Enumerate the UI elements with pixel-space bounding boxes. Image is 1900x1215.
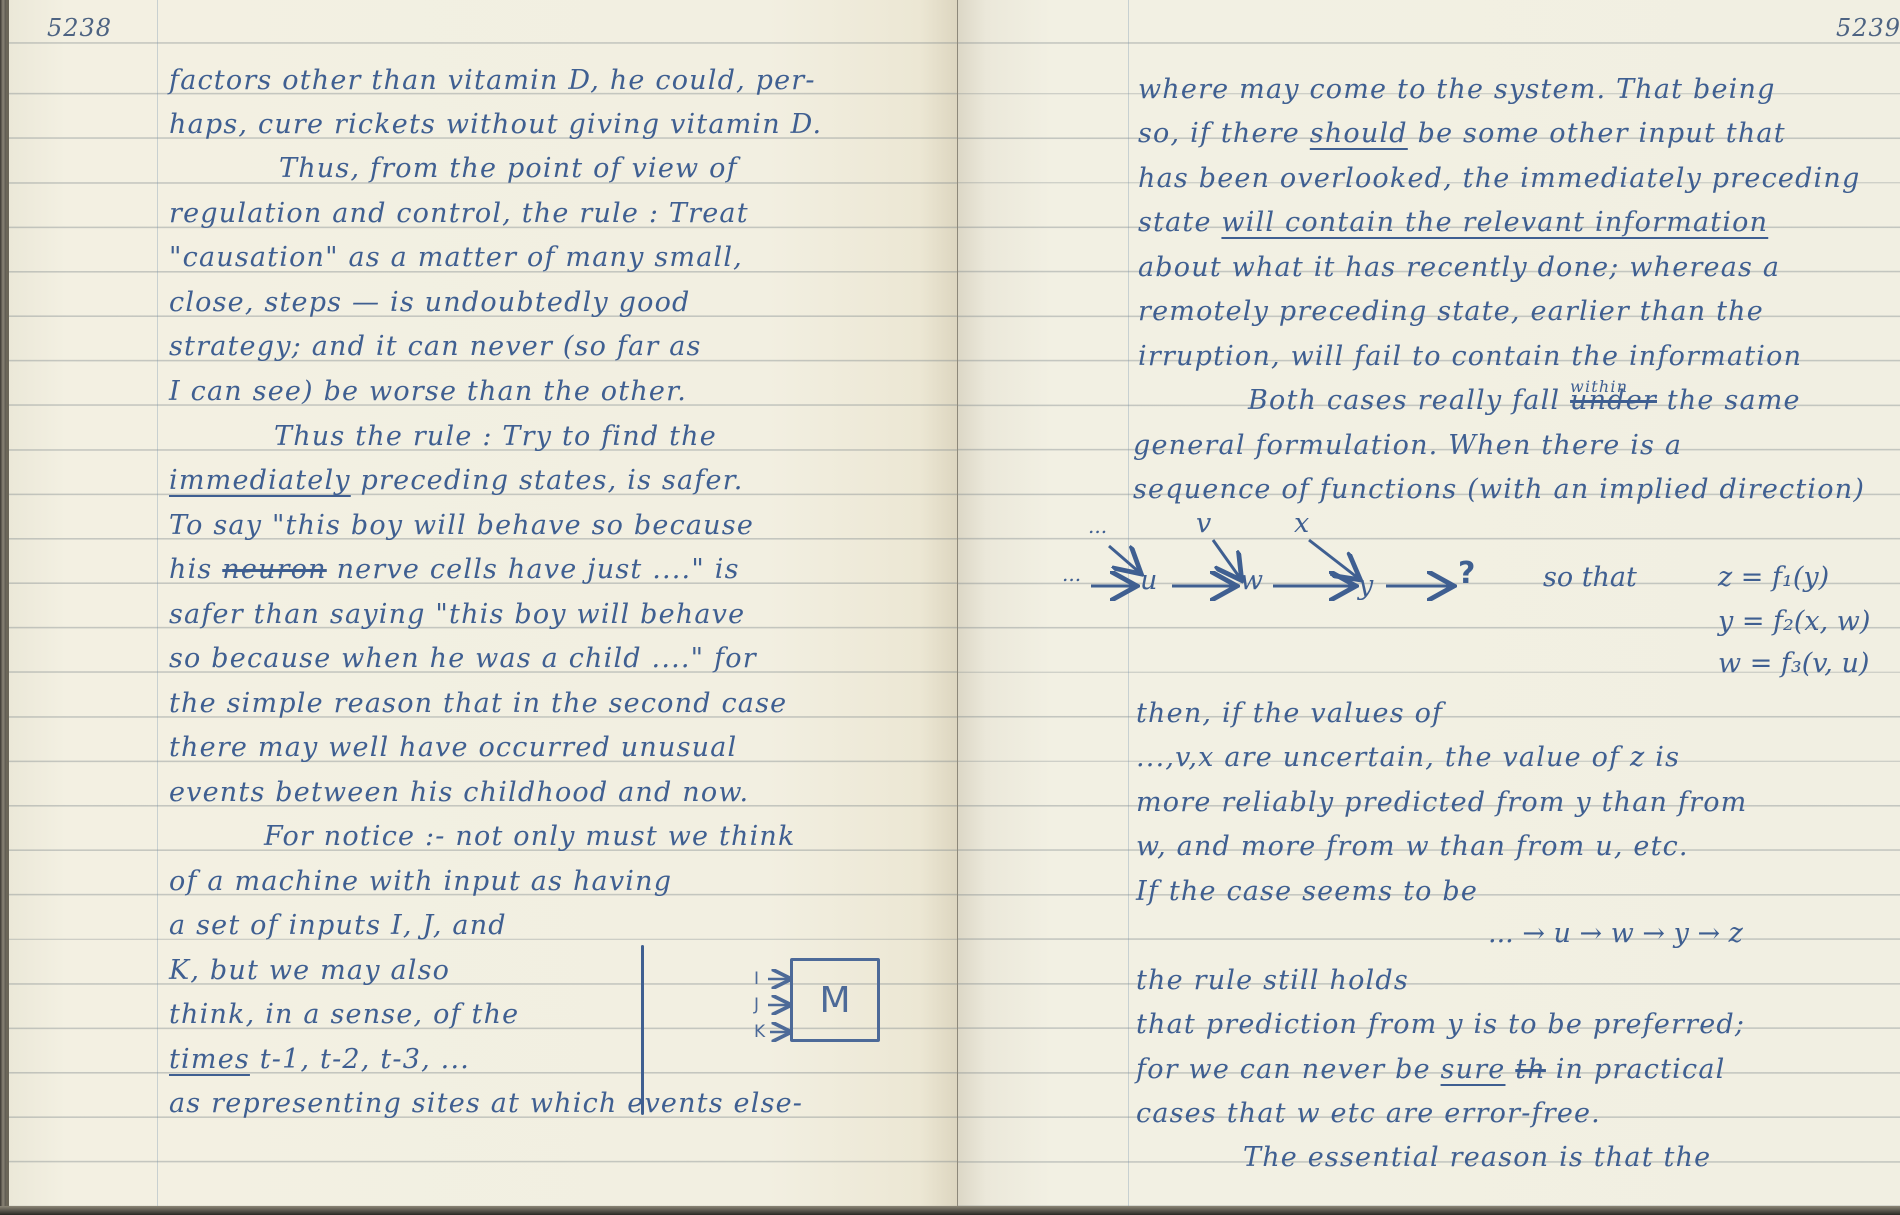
machine-input-arrows	[9, 0, 957, 1208]
left-page: 5238 factors other than vitamin D, he co…	[6, 0, 957, 1208]
right-page: 5239 where may come to the system. That …	[957, 0, 1900, 1208]
book-edge-bottom	[0, 1206, 1900, 1215]
chain-arrows	[958, 0, 1900, 1208]
notebook-spread: 5238 factors other than vitamin D, he co…	[0, 0, 1900, 1215]
simple-chain: ... → u → w → y → z	[1488, 918, 1743, 949]
